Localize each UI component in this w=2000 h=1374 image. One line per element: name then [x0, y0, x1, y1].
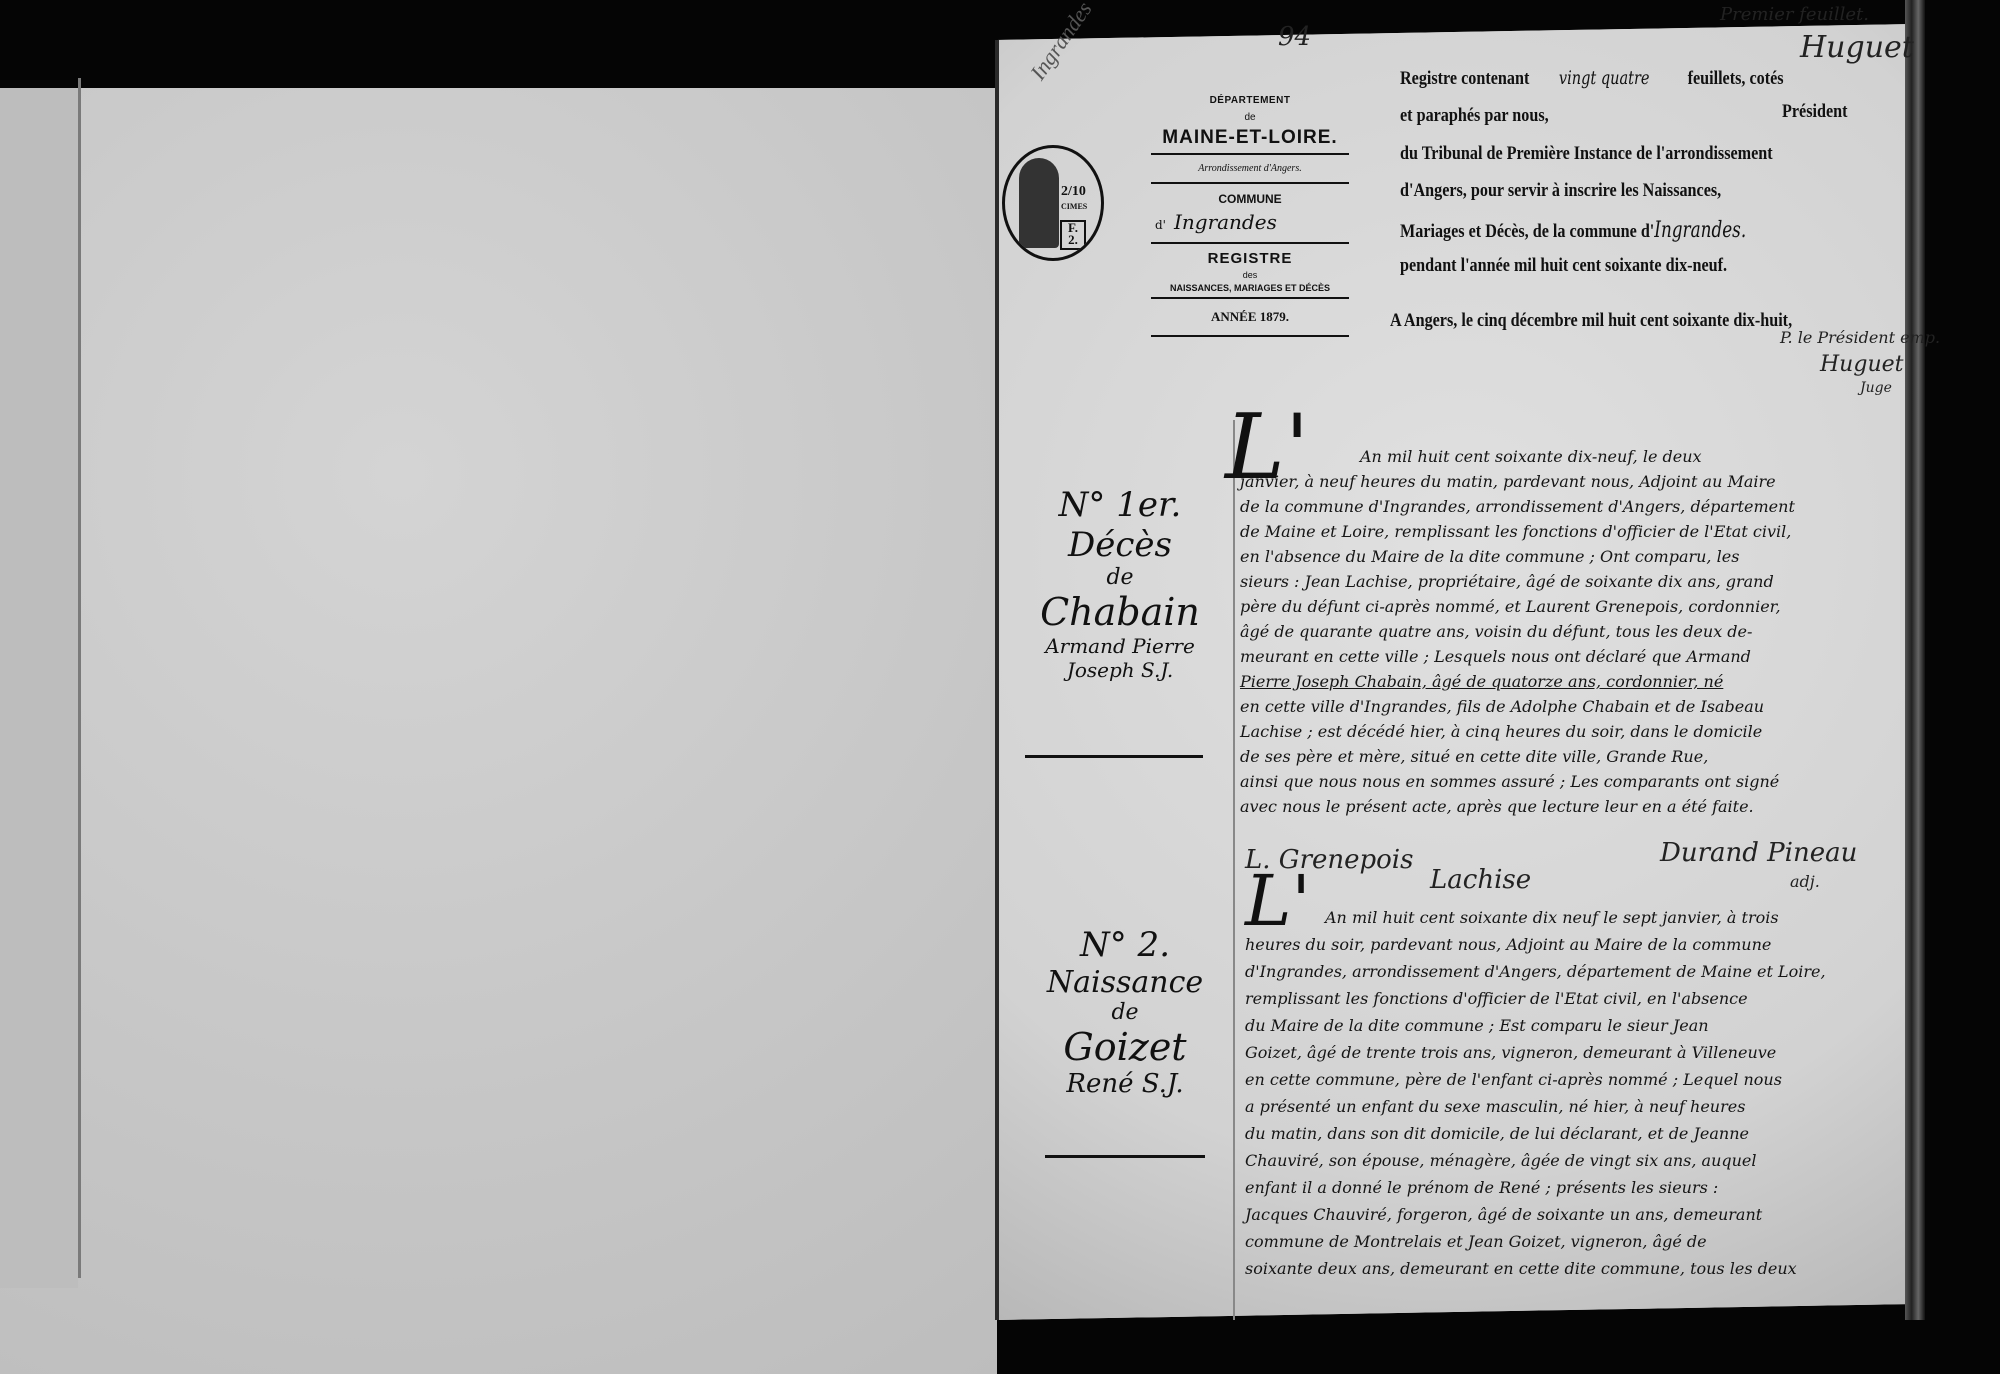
entry-given-names: Armand Pierre	[1020, 634, 1220, 658]
signature-lachise: Lachise	[1430, 865, 1531, 895]
scan-border-bottom	[997, 1320, 2000, 1374]
text-line: Lachise ; est décédé hier, à cinq heures…	[1240, 722, 1762, 741]
cert-line-1: Registre contenant vingt quatre feuillet…	[1400, 67, 1784, 90]
stamp-value-box: F. 2.	[1060, 220, 1086, 250]
text-line: du matin, dans son dit domicile, de lui …	[1245, 1124, 1749, 1143]
text-line: commune de Montrelais et Jean Goizet, vi…	[1245, 1232, 1707, 1251]
divider	[1151, 297, 1349, 299]
entry-divider	[1025, 755, 1203, 758]
entry-type: Décès	[1020, 525, 1220, 565]
divider	[1151, 335, 1349, 337]
left-page-edge-strip	[0, 88, 78, 1288]
text-line: Goizet, âgé de trente trois ans, vignero…	[1245, 1043, 1776, 1062]
text-line: a présenté un enfant du sexe masculin, n…	[1245, 1097, 1745, 1116]
text-line: âgé de quarante quatre ans, voisin du dé…	[1240, 622, 1752, 641]
text-line: de ses père et mère, situé en cette dite…	[1240, 747, 1708, 766]
register-header: DÉPARTEMENT de MAINE-ET-LOIRE. Arrondiss…	[1145, 95, 1355, 341]
entry-number: N° 1er.	[1020, 485, 1220, 525]
stamp-f-value: 2.	[1068, 232, 1078, 247]
registre-title: REGISTRE	[1145, 250, 1355, 267]
entry-surname: Chabain	[1020, 590, 1220, 634]
commune-prefix: d'	[1155, 218, 1166, 232]
departement-label: DÉPARTEMENT	[1145, 95, 1355, 106]
text-line: janvier, à neuf heures du matin, pardeva…	[1240, 472, 1776, 491]
printed-text: Mariages et Décès, de la commune d'	[1400, 221, 1654, 242]
printed-text: Président	[1782, 101, 1847, 122]
entry-given-names: René S.J.	[1030, 1069, 1220, 1099]
entry-type: Naissance	[1030, 965, 1220, 1000]
text-line: Pierre Joseph Chabain, âgé de quatorze a…	[1240, 672, 1723, 691]
divider	[1151, 242, 1349, 244]
divider	[1151, 153, 1349, 155]
entry-surname: Goizet	[1030, 1025, 1220, 1069]
text-line: Jacques Chauviré, forgeron, âgé de soixa…	[1245, 1205, 1762, 1224]
signature-adjoint: adj.	[1790, 872, 1820, 891]
entry-de: de	[1030, 1000, 1220, 1025]
text-line: sieurs : Jean Lachise, propriétaire, âgé…	[1240, 572, 1774, 591]
entry-de: de	[1020, 565, 1220, 590]
cert-line-4: d'Angers, pour servir à inscrire les Nai…	[1400, 180, 1721, 202]
arrondissement: Arrondissement d'Angers.	[1145, 163, 1355, 174]
president-signature: Huguet	[1820, 352, 1903, 377]
entry-given-names: Joseph S.J.	[1020, 658, 1220, 682]
commune-name: Ingrandes	[1174, 210, 1277, 234]
president-signature-line: P. le Président emp.	[1780, 328, 1940, 347]
text-line: soixante deux ans, demeurant en cette di…	[1245, 1259, 1797, 1278]
text-line: d'Ingrandes, arrondissement d'Angers, dé…	[1245, 962, 1826, 981]
cert-line-2: et paraphés par nous,	[1400, 105, 1549, 127]
cert-line-5: Mariages et Décès, de la commune d'Ingra…	[1400, 218, 1746, 243]
page-stack-edge	[1905, 0, 1925, 1374]
top-right-signature: Huguet	[1800, 30, 1914, 65]
text-line: en cette commune, père de l'enfant ci-ap…	[1245, 1070, 1782, 1089]
text-line: père du défunt ci-après nommé, et Lauren…	[1240, 597, 1781, 616]
stamp-cents: CIMES	[1061, 202, 1087, 211]
justice-figure-icon	[1019, 158, 1059, 248]
text-line: heures du soir, pardevant nous, Adjoint …	[1245, 935, 1771, 954]
registre-types: NAISSANCES, MARIAGES ET DÉCÈS	[1145, 283, 1355, 293]
cert-president: Président	[1782, 101, 1847, 123]
top-right-note: Premier feuillet.	[1720, 4, 1869, 25]
cert-line-3: du Tribunal de Première Instance de l'ar…	[1400, 143, 1773, 165]
margin-column-rule	[1233, 420, 1235, 1320]
text-line: ainsi que nous nous en sommes assuré ; L…	[1240, 772, 1779, 791]
commune-field: d'Ingrandes	[1145, 210, 1355, 234]
handwritten-text: Ingrandes.	[1654, 218, 1746, 243]
text-line: de Maine et Loire, remplissant les fonct…	[1240, 522, 1791, 541]
cert-line-7: A Angers, le cinq décembre mil huit cent…	[1390, 310, 1792, 332]
text-line: An mil huit cent soixante dix neuf le se…	[1325, 908, 1779, 927]
text-line: de la commune d'Ingrandes, arrondissemen…	[1240, 497, 1795, 516]
text-line: Chauviré, son épouse, ménagère, âgée de …	[1245, 1151, 1757, 1170]
text-line: avec nous le présent acte, après que lec…	[1240, 797, 1754, 816]
signature-durand-pineau: Durand Pineau	[1660, 838, 1857, 868]
text-line: meurant en cette ville ; Lesquels nous o…	[1240, 647, 1751, 666]
page-number: 94	[1278, 22, 1311, 52]
text-line: en cette ville d'Ingrandes, fils de Adol…	[1240, 697, 1764, 716]
text-line: An mil huit cent soixante dix-neuf, le d…	[1360, 447, 1702, 466]
divider	[1151, 182, 1349, 184]
left-page-fold-line	[78, 78, 81, 1278]
entry-dropcap: L'	[1245, 860, 1311, 942]
text-line: en l'absence du Maire de la dite commune…	[1240, 547, 1739, 566]
departement-name: MAINE-ET-LOIRE.	[1145, 127, 1355, 149]
left-blank-page	[0, 88, 1000, 1374]
printed-text: et paraphés par nous,	[1400, 105, 1549, 126]
registre-year: ANNÉE 1879.	[1145, 309, 1355, 325]
entry-margin-1: N° 1er. Décès de Chabain Armand Pierre J…	[1020, 485, 1220, 682]
president-title: Juge	[1860, 380, 1892, 396]
text-line: enfant il a donné le prénom de René ; pr…	[1245, 1178, 1718, 1197]
printed-text: Registre contenant	[1400, 68, 1529, 89]
fiscal-stamp: 2/10 CIMES F. 2.	[1002, 145, 1104, 261]
handwritten-text: vingt quatre	[1559, 67, 1650, 89]
commune-label: COMMUNE	[1145, 192, 1355, 206]
stamp-price: 2/10	[1061, 184, 1086, 200]
entry-margin-2: N° 2. Naissance de Goizet René S.J.	[1030, 925, 1220, 1099]
de-label: de	[1145, 112, 1355, 123]
printed-text: feuillets, cotés	[1688, 68, 1784, 89]
text-line: remplissant les fonctions d'officier de …	[1245, 989, 1748, 1008]
entry-divider	[1045, 1155, 1205, 1158]
des-label: des	[1145, 270, 1355, 280]
book-gutter	[995, 40, 999, 1320]
entry-number: N° 2.	[1030, 925, 1220, 965]
cert-line-6: pendant l'année mil huit cent soixante d…	[1400, 255, 1727, 277]
text-line: du Maire de la dite commune ; Est compar…	[1245, 1016, 1709, 1035]
